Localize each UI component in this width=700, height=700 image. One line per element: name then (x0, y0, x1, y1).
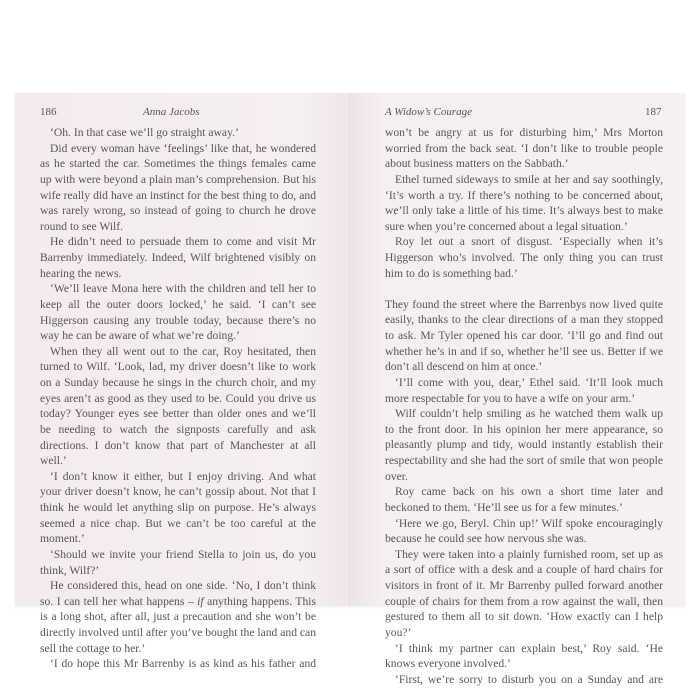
paragraph: won’t be angry at us for disturbing him,… (385, 125, 663, 172)
open-book: 186 Anna Jacobs ‘Oh. In that case we’ll … (15, 93, 685, 606)
paragraph: ‘First, we’re sorry to disturb you on a … (385, 672, 663, 688)
right-page: A Widow’s Courage 187 won’t be angry at … (350, 93, 685, 606)
paragraph: They found the street where the Barrenby… (385, 297, 663, 375)
paragraph: Did every woman have ‘feelings’ like tha… (40, 141, 316, 235)
body-text: ‘Oh. In that case we’ll go straight away… (40, 125, 316, 672)
paragraph: ‘I think my partner can explain best,’ R… (385, 641, 663, 672)
paragraph: ‘We’ll leave Mona here with the children… (40, 281, 316, 344)
running-head-title: A Widow’s Courage (385, 106, 472, 118)
paragraph: Roy let out a snort of disgust. ‘Especia… (385, 234, 663, 281)
running-head-author: Anna Jacobs (143, 106, 200, 118)
page-number: 186 (40, 106, 57, 118)
paragraph: ‘I do hope this Mr Barrenby is as kind a… (40, 656, 316, 672)
paragraph: ‘Oh. In that case we’ll go straight away… (40, 125, 316, 141)
page-number: 187 (645, 106, 662, 118)
paragraph: ‘I don’t know it either, but I enjoy dri… (40, 469, 316, 547)
section-break (385, 281, 663, 297)
paragraph: ‘I’ll come with you, dear,’ Ethel said. … (385, 375, 663, 406)
paragraph: Roy came back on his own a short time la… (385, 484, 663, 515)
body-text: won’t be angry at us for disturbing him,… (385, 125, 663, 687)
paragraph: ‘Here we go, Beryl. Chin up!’ Wilf spoke… (385, 516, 663, 547)
paragraph: Wilf couldn’t help smiling as he watched… (385, 406, 663, 484)
paragraph: They were taken into a plainly furnished… (385, 547, 663, 641)
paragraph: Ethel turned sideways to smile at her an… (385, 172, 663, 235)
paragraph: ‘Should we invite your friend Stella to … (40, 547, 316, 578)
left-page: 186 Anna Jacobs ‘Oh. In that case we’ll … (15, 93, 350, 606)
paragraph: He didn’t need to persuade them to come … (40, 234, 316, 281)
paragraph: When they all went out to the car, Roy h… (40, 344, 316, 469)
paragraph: He considered this, head on one side. ‘N… (40, 578, 316, 656)
